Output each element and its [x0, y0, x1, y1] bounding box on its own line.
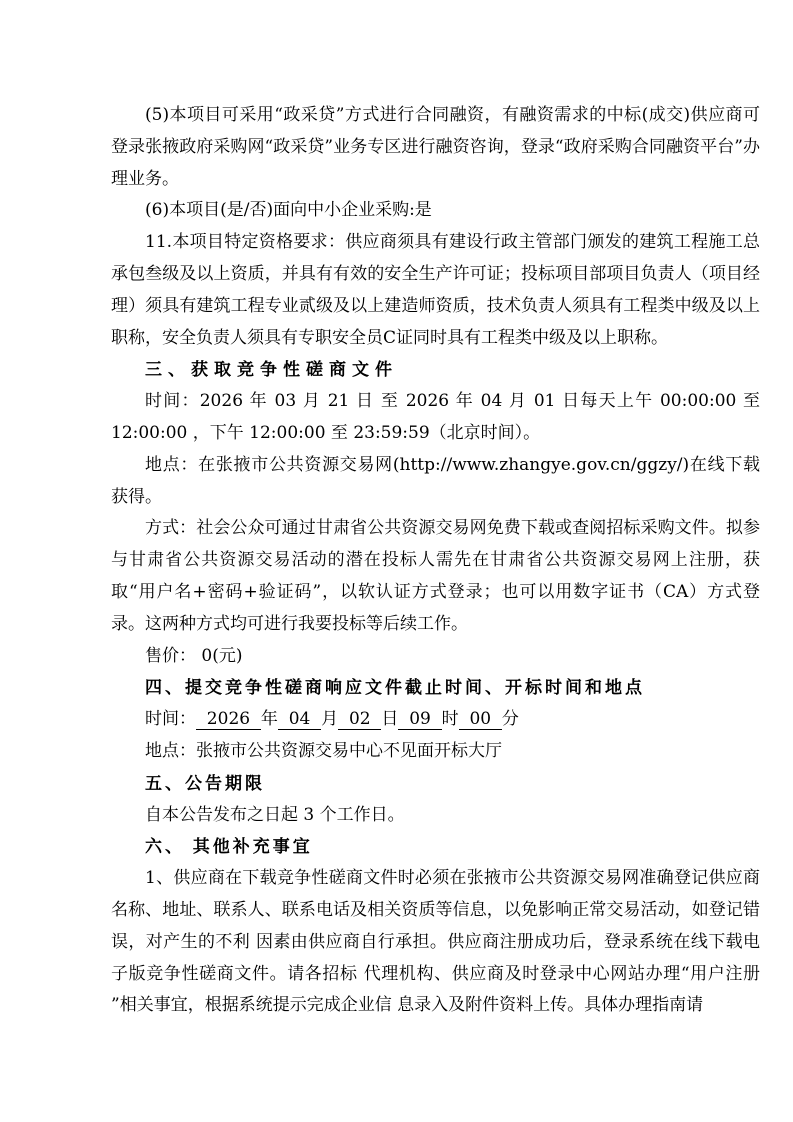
section-6-heading: 六、 其他补充事宜 — [111, 831, 760, 863]
deadline-year-unit: 年 — [261, 709, 278, 729]
submission-deadline-line: 时间： 2026 年 04 月 02 日 09 时 00 分 — [111, 704, 760, 736]
document-obtain-time-paragraph: 时间：2026 年 03 月 21 日 至 2026 年 04 月 01 日每天… — [111, 386, 760, 450]
document-obtain-location-paragraph: 地点：在张掖市公共资源交易网(http://www.zhangye.gov.cn… — [111, 450, 760, 514]
supplier-registration-paragraph: 1、供应商在下载竞争性磋商文件时必须在张掖市公共资源交易网准确登记供应商名称、地… — [111, 863, 760, 1022]
deadline-year-value: 2026 — [196, 709, 261, 730]
deadline-month-value: 04 — [278, 709, 321, 730]
clause-11-qualifications-paragraph: 11.本项目特定资格要求：供应商须具有建设行政主管部门颁发的建筑工程施工总承包叁… — [111, 227, 760, 354]
deadline-time-label: 时间： — [145, 709, 196, 729]
deadline-minute-unit: 分 — [502, 709, 519, 729]
announcement-period-line: 自本公告发布之日起 3 个工作日。 — [111, 800, 760, 832]
deadline-hour-value: 09 — [398, 709, 441, 730]
deadline-minute-value: 00 — [459, 709, 502, 730]
document-price-line: 售价： 0(元) — [111, 641, 760, 673]
deadline-hour-unit: 时 — [442, 709, 459, 729]
clause-6-sme-paragraph: (6)本项目(是/否)面向中小企业采购:是 — [111, 195, 760, 227]
deadline-month-unit: 月 — [321, 709, 338, 729]
document-page: (5)本项目可采用“政采贷”方式进行合同融资，有融资需求的中标(成交)供应商可登… — [0, 0, 793, 1122]
bid-opening-location-line: 地点：张掖市公共资源交易中心不见面开标大厅 — [111, 736, 760, 768]
section-5-heading: 五、公告期限 — [111, 768, 760, 800]
section-3-heading: 三、获取竞争性磋商文件 — [111, 354, 760, 386]
deadline-day-unit: 日 — [381, 709, 398, 729]
section-4-heading: 四、提交竞争性磋商响应文件截止时间、开标时间和地点 — [111, 672, 760, 704]
deadline-day-value: 02 — [338, 709, 381, 730]
clause-5-financing-paragraph: (5)本项目可采用“政采贷”方式进行合同融资，有融资需求的中标(成交)供应商可登… — [111, 100, 760, 195]
document-obtain-method-paragraph: 方式：社会公众可通过甘肃省公共资源交易网免费下载或查阅招标采购文件。拟参与甘肃省… — [111, 513, 760, 640]
